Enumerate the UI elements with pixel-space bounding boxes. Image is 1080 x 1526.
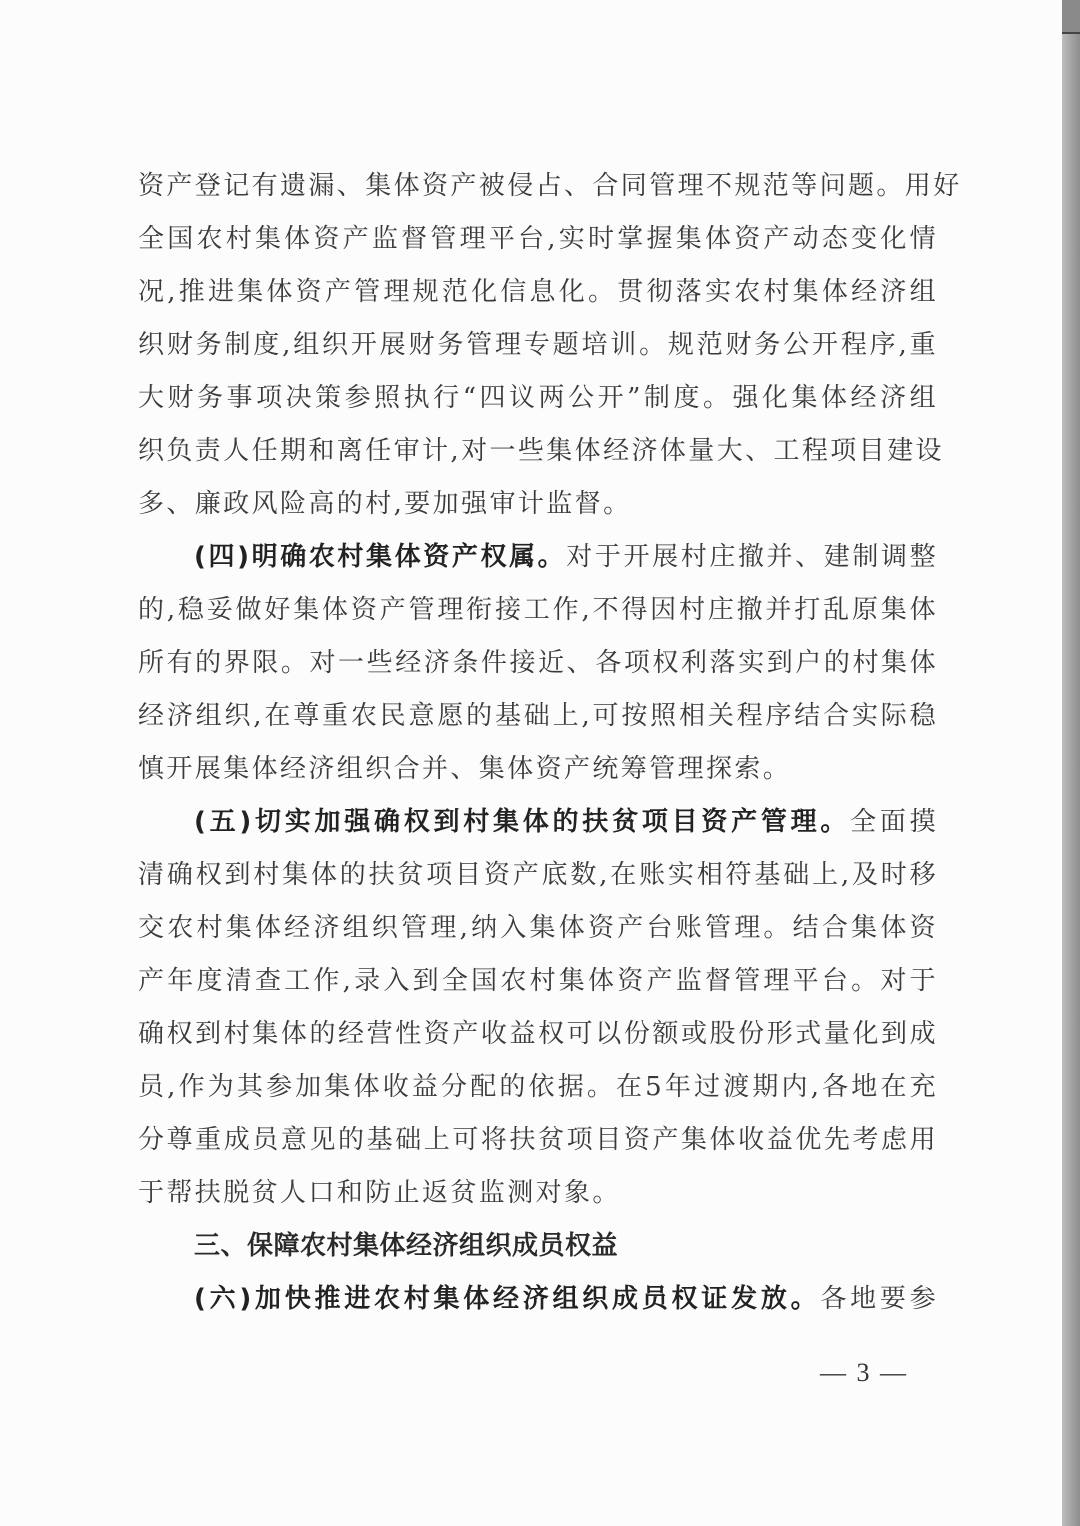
text-line: 况,推进集体资产管理规范化信息化。贯彻落实农村集体经济组	[138, 266, 938, 319]
text-line: 织财务制度,组织开展财务管理专题培训。规范财务公开程序,重	[138, 319, 938, 372]
text-line: 大财务事项决策参照执行“四议两公开”制度。强化集体经济组	[138, 372, 938, 425]
text-line: 交农村集体经济组织管理,纳入集体资产台账管理。结合集体资	[138, 902, 938, 955]
text-line: 织负责人任期和离任审计,对一些集体经济体量大、工程项目建设	[138, 425, 938, 478]
scan-page-edge-top	[1062, 0, 1080, 34]
section-title: (五)切实加强确权到村集体的扶贫项目资产管理。	[194, 807, 850, 837]
text-line: 员,作为其参加集体收益分配的依据。在5年过渡期内,各地在充	[138, 1061, 938, 1114]
section-text: 对于开展村庄撤并、建制调整	[566, 542, 938, 572]
section-title-line: (六)加快推进农村集体经济组织成员权证发放。各地要参	[138, 1273, 938, 1326]
text-line: 所有的界限。对一些经济条件接近、各项权利落实到户的村集体	[138, 637, 938, 690]
section-text: 各地要参	[820, 1284, 938, 1314]
section-title: (四)明确农村集体资产权属。	[194, 542, 566, 572]
text-line: 确权到村集体的经营性资产收益权可以份额或股份形式量化到成	[138, 1008, 938, 1061]
text-line: 全国农村集体资产监督管理平台,实时掌握集体资产动态变化情	[138, 213, 938, 266]
part-heading: 三、保障农村集体经济组织成员权益	[138, 1220, 938, 1273]
paragraph-section-4: (四)明确农村集体资产权属。对于开展村庄撤并、建制调整 的,稳妥做好集体资产管理…	[138, 531, 938, 796]
text-line: 慎开展集体经济组织合并、集体资产统筹管理探索。	[138, 743, 938, 796]
document-page: 资产登记有遗漏、集体资产被侵占、合同管理不规范等问题。用好 全国农村集体资产监督…	[0, 0, 1062, 1526]
text-line: 的,稳妥做好集体资产管理衔接工作,不得因村庄撤并打乱原集体	[138, 584, 938, 637]
section-text: 全面摸	[850, 807, 938, 837]
scan-page-edge	[1062, 0, 1080, 1526]
text-line: 多、廉政风险高的村,要加强审计监督。	[138, 478, 938, 531]
section-title-line: (五)切实加强确权到村集体的扶贫项目资产管理。全面摸	[138, 796, 938, 849]
text-line: 经济组织,在尊重农民意愿的基础上,可按照相关程序结合实际稳	[138, 690, 938, 743]
section-title-line: (四)明确农村集体资产权属。对于开展村庄撤并、建制调整	[138, 531, 938, 584]
paragraph-section-6: (六)加快推进农村集体经济组织成员权证发放。各地要参	[138, 1273, 938, 1326]
paragraph-continued: 资产登记有遗漏、集体资产被侵占、合同管理不规范等问题。用好 全国农村集体资产监督…	[138, 160, 938, 531]
paragraph-section-5: (五)切实加强确权到村集体的扶贫项目资产管理。全面摸 清确权到村集体的扶贫项目资…	[138, 796, 938, 1220]
page-number: — 3 —	[820, 1358, 908, 1388]
document-body: 资产登记有遗漏、集体资产被侵占、合同管理不规范等问题。用好 全国农村集体资产监督…	[138, 160, 938, 1326]
text-line: 于帮扶脱贫人口和防止返贫监测对象。	[138, 1167, 938, 1220]
text-line: 分尊重成员意见的基础上可将扶贫项目资产集体收益优先考虑用	[138, 1114, 938, 1167]
text-line: 清确权到村集体的扶贫项目资产底数,在账实相符基础上,及时移	[138, 849, 938, 902]
section-title: (六)加快推进农村集体经济组织成员权证发放。	[194, 1284, 820, 1314]
text-line: 资产登记有遗漏、集体资产被侵占、合同管理不规范等问题。用好	[138, 160, 938, 213]
text-line: 产年度清查工作,录入到全国农村集体资产监督管理平台。对于	[138, 955, 938, 1008]
